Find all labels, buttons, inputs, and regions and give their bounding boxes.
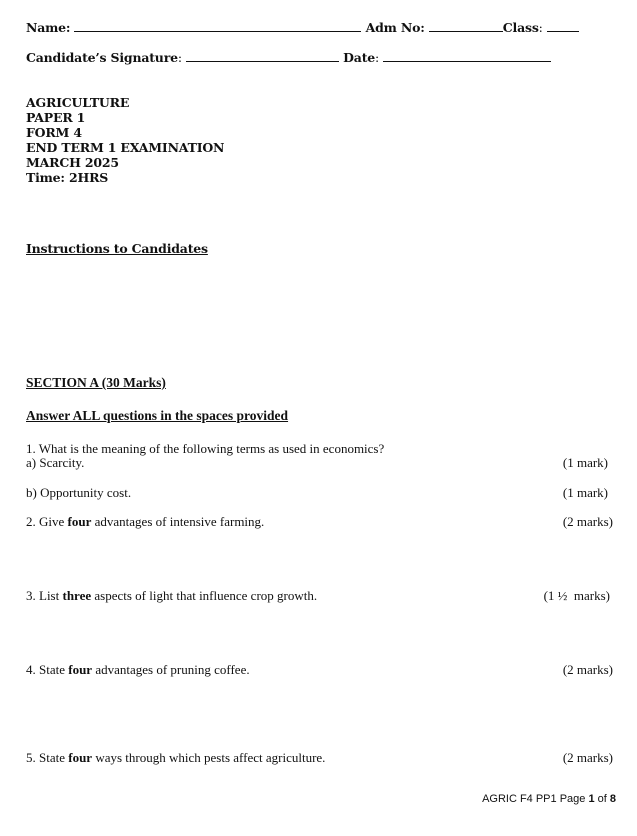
class-label: Class: [503, 20, 539, 35]
subject-title: AGRICULTURE: [26, 95, 224, 110]
emphasis: four: [68, 662, 92, 677]
question-number: 2.: [26, 514, 36, 529]
question-number: 5.: [26, 750, 36, 765]
question-2-marks: (2 marks): [563, 514, 613, 530]
question-3: 3. List three aspects of light that infl…: [26, 588, 317, 604]
question-number: 3.: [26, 588, 36, 603]
form-level: FORM 4: [26, 125, 224, 140]
question-1b-marks: (1 mark): [563, 485, 608, 501]
name-label: Name:: [26, 20, 70, 35]
adm-no-label: Adm No:: [366, 20, 425, 35]
question-number: 1.: [26, 441, 36, 456]
question-5-marks: (2 marks): [563, 750, 613, 766]
question-text: Scarcity.: [39, 455, 84, 470]
question-4: 4. State four advantages of pruning coff…: [26, 662, 250, 678]
instructions-heading: Instructions to Candidates: [26, 241, 208, 256]
paper-number: PAPER 1: [26, 110, 224, 125]
question-3-marks: (1 ½ marks): [544, 588, 610, 604]
question-text: Opportunity cost.: [40, 485, 131, 500]
name-row: Name: Adm No: Class:: [26, 19, 579, 35]
total-pages: 8: [610, 793, 616, 805]
question-1a: a) Scarcity.: [26, 455, 84, 471]
signature-label: Candidate’s Signature: [26, 50, 178, 65]
question-2: 2. Give four advantages of intensive far…: [26, 514, 264, 530]
adm-no-field[interactable]: [429, 19, 503, 32]
exam-duration: Time: 2HRS: [26, 170, 224, 185]
signature-row: Candidate’s Signature: Date:: [26, 49, 551, 65]
emphasis: four: [68, 514, 92, 529]
question-text: What is the meaning of the following ter…: [39, 441, 385, 456]
question-5: 5. State four ways through which pests a…: [26, 750, 325, 766]
exam-name: END TERM 1 EXAMINATION: [26, 140, 224, 155]
emphasis: four: [68, 750, 92, 765]
signature-field[interactable]: [186, 49, 339, 62]
question-1a-marks: (1 mark): [563, 455, 608, 471]
question-number: a): [26, 455, 36, 470]
name-field[interactable]: [74, 19, 361, 32]
exam-date: MARCH 2025: [26, 155, 224, 170]
section-instruction: Answer ALL questions in the spaces provi…: [26, 408, 288, 424]
question-number: b): [26, 485, 37, 500]
question-4-marks: (2 marks): [563, 662, 613, 678]
class-field[interactable]: [547, 19, 579, 32]
date-label: Date: [343, 50, 375, 65]
date-field[interactable]: [383, 49, 551, 62]
section-heading: SECTION A (30 Marks): [26, 375, 166, 391]
question-1b: b) Opportunity cost.: [26, 485, 131, 501]
exam-title-block: AGRICULTURE PAPER 1 FORM 4 END TERM 1 EX…: [26, 95, 224, 185]
question-number: 4.: [26, 662, 36, 677]
page-footer: AGRIC F4 PP1 Page 1 of 8: [482, 793, 616, 805]
emphasis: three: [62, 588, 91, 603]
